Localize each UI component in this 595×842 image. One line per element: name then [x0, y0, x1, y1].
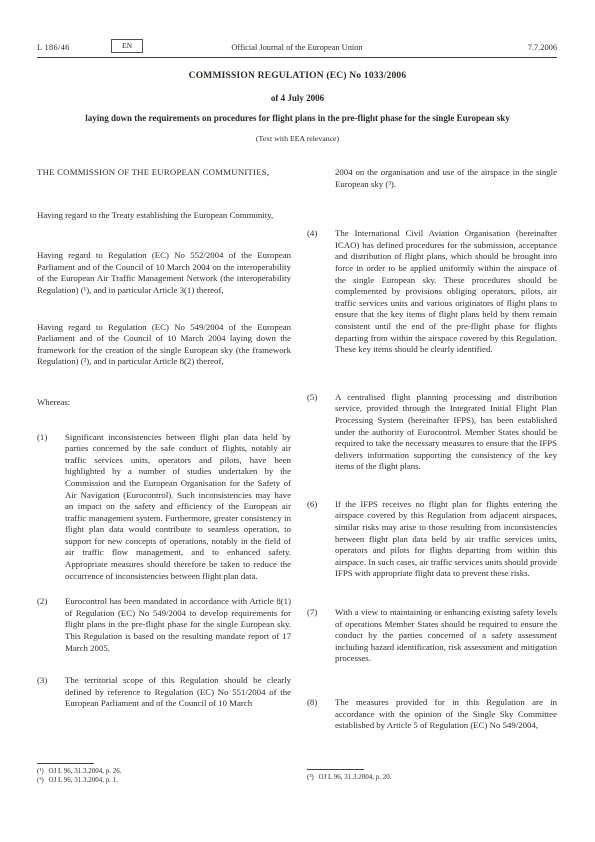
footnote-text: OJ L 96, 31.3.2004, p. 26. [49, 767, 122, 775]
recital-text: Significant inconsistencies between flig… [65, 432, 291, 583]
footnote-2: (²) OJ L 96, 31.3.2004, p. 1. [37, 776, 291, 785]
footnotes-left: (¹) OJ L 96, 31.3.2004, p. 26. (²) OJ L … [37, 763, 291, 786]
recital-number: (4) [307, 228, 335, 356]
recital-6: (6) If the IFPS receives no flight plan … [307, 499, 557, 580]
recital-number: (2) [37, 596, 65, 654]
journal-title: Official Journal of the European Union [37, 43, 557, 52]
header-rule [37, 57, 557, 58]
recital-2: (2) Eurocontrol has been mandated in acc… [37, 596, 291, 654]
whereas-label: Whereas: [37, 397, 291, 409]
recital-text: The territorial scope of this Regulation… [65, 675, 291, 710]
recital-3-continuation: 2004 on the organisation and use of the … [335, 167, 557, 190]
issue-date: 7.7.2006 [528, 43, 557, 52]
right-column: 2004 on the organisation and use of the … [307, 167, 557, 732]
footnote-text: OJ L 96, 31.3.2004, p. 20. [319, 773, 392, 781]
recital-number: (6) [307, 499, 335, 580]
recital-4: (4) The International Civil Aviation Org… [307, 228, 557, 356]
recital-number: (8) [307, 697, 335, 732]
footnotes-right: (³) OJ L 96, 31.3.2004, p. 20. [307, 769, 557, 782]
recital-text: With a view to maintaining or enhancing … [335, 607, 557, 665]
regulation-title: COMMISSION REGULATION (EC) No 1033/2006 [58, 71, 537, 81]
recital-number: (1) [37, 432, 65, 583]
eea-relevance-note: (Text with EEA relevance) [58, 134, 537, 143]
recital-text: Eurocontrol has been mandated in accorda… [65, 596, 291, 654]
citation-regulation-549-2004: Having regard to Regulation (EC) No 549/… [37, 322, 291, 368]
recital-text: A centralised flight planning processing… [335, 392, 557, 473]
title-block: COMMISSION REGULATION (EC) No 1033/2006 … [58, 71, 537, 143]
preamble-opening: THE COMMISSION OF THE EUROPEAN COMMUNITI… [37, 167, 291, 179]
recital-7: (7) With a view to maintaining or enhanc… [307, 607, 557, 665]
footnote-marker: (²) [37, 776, 44, 784]
footnote-3: (³) OJ L 96, 31.3.2004, p. 20. [307, 773, 557, 782]
footnote-text: OJ L 96, 31.3.2004, p. 1. [49, 776, 119, 784]
citation-regulation-552-2004: Having regard to Regulation (EC) No 552/… [37, 250, 291, 296]
recital-number: (7) [307, 607, 335, 665]
recital-text: If the IFPS receives no flight plan for … [335, 499, 557, 580]
recital-8: (8) The measures provided for in this Re… [307, 697, 557, 732]
recital-text: The International Civil Aviation Organis… [335, 228, 557, 356]
recital-1: (1) Significant inconsistencies between … [37, 432, 291, 583]
footnote-rule [37, 763, 94, 764]
recital-number: (5) [307, 392, 335, 473]
footnote-rule [307, 769, 364, 770]
footnote-marker: (³) [307, 773, 314, 781]
journal-page: L 186/46 EN Official Journal of the Euro… [0, 0, 595, 842]
page-header: L 186/46 EN Official Journal of the Euro… [37, 38, 557, 57]
footnote-1: (¹) OJ L 96, 31.3.2004, p. 26. [37, 767, 291, 776]
regulation-date-line: of 4 July 2006 [58, 93, 537, 103]
regulation-subject: laying down the requirements on procedur… [64, 112, 532, 124]
left-column: THE COMMISSION OF THE EUROPEAN COMMUNITI… [37, 167, 291, 710]
recital-number: (3) [37, 675, 65, 710]
recital-text: The measures provided for in this Regula… [335, 697, 557, 732]
recital-5: (5) A centralised flight planning proces… [307, 392, 557, 473]
footnote-marker: (¹) [37, 767, 44, 775]
recital-3: (3) The territorial scope of this Regula… [37, 675, 291, 710]
citation-treaty: Having regard to the Treaty establishing… [37, 210, 291, 222]
